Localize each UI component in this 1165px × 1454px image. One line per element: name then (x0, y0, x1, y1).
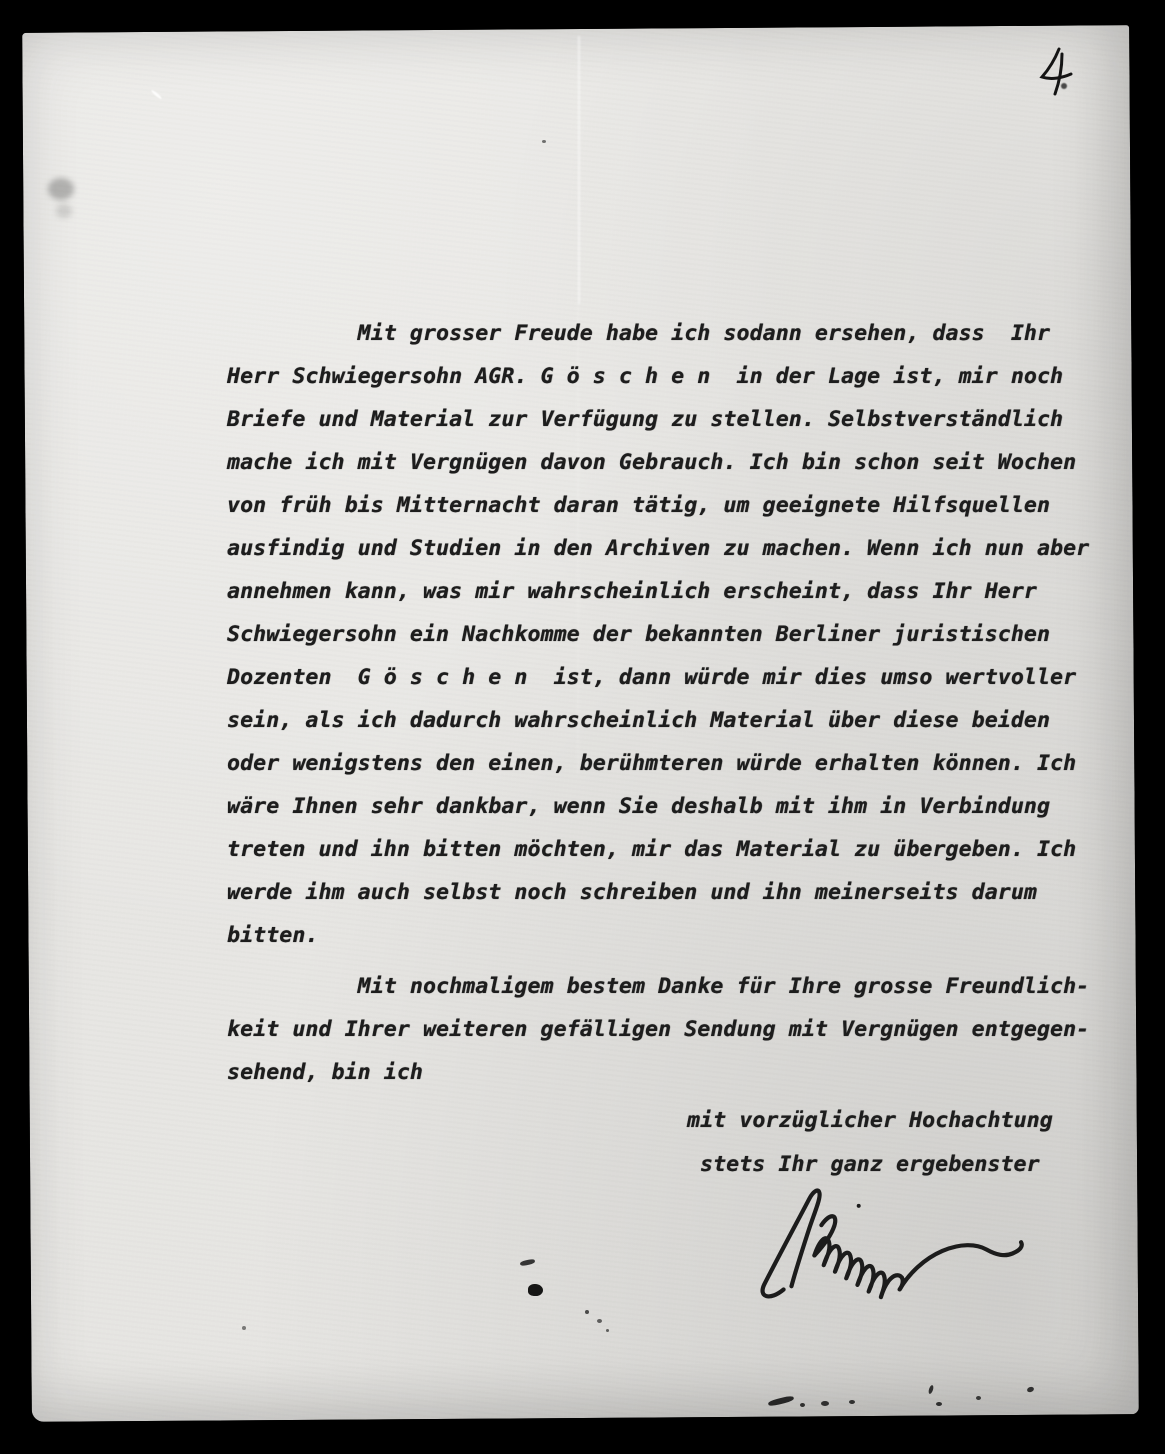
ink-speck (242, 1326, 246, 1330)
signature-strokes (750, 1176, 1074, 1307)
ink-speck (849, 1400, 855, 1404)
ink-speck (542, 140, 546, 143)
ink-speck (976, 1396, 981, 1400)
letter-line: Herr Schwiegersohn AGR. G ö s c h e n in… (227, 355, 1089, 398)
letter-line: Mit grosser Freude habe ich sodann erseh… (227, 312, 1089, 355)
letter-line: ausfindig und Studien in den Archiven zu… (227, 527, 1089, 570)
smudge (56, 204, 72, 218)
ink-blot (528, 1284, 543, 1296)
letter-paragraph-1: Mit grosser Freude habe ich sodann erseh… (227, 312, 1089, 957)
letter-line: Mit nochmaligem bestem Danke für Ihre gr… (227, 965, 1089, 1008)
letter-line: keit und Ihrer weiteren gefälligen Sendu… (227, 1008, 1089, 1051)
scanned-letter-page: Mit grosser Freude habe ich sodann erseh… (0, 0, 1165, 1454)
ink-speck (936, 1402, 942, 1406)
letter-line: sehend, bin ich (227, 1051, 1089, 1094)
letter-line: wäre Ihnen sehr dankbar, wenn Sie deshal… (227, 785, 1089, 828)
letter-line: Dozenten G ö s c h e n ist, dann würde m… (227, 656, 1089, 699)
letter-line: werde ihm auch selbst noch schreiben und… (227, 871, 1089, 914)
letter-line: sein, als ich dadurch wahrscheinlich Mat… (227, 699, 1089, 742)
letter-line: annehmen kann, was mir wahrscheinlich er… (227, 570, 1089, 613)
ink-speck (821, 1401, 829, 1406)
letter-line: von früh bis Mitternacht daran tätig, um… (227, 484, 1089, 527)
letter-line: bitten. (227, 914, 1089, 957)
page-number (1038, 44, 1078, 100)
letter-line: treten und ihn bitten möchten, mir das M… (227, 828, 1089, 871)
ink-speck (1061, 83, 1067, 89)
ink-speck (585, 1310, 589, 1314)
handwritten-signature (750, 1176, 1074, 1307)
letter-paragraph-2: Mit nochmaligem bestem Danke für Ihre gr… (227, 965, 1089, 1094)
ink-speck (606, 1329, 609, 1332)
letter-line: Schwiegersohn ein Nachkomme der bekannte… (227, 613, 1089, 656)
letter-line: oder wenigstens den einen, berühmteren w… (227, 742, 1089, 785)
ink-speck (597, 1319, 602, 1323)
letter-line: mache ich mit Vergnügen davon Gebrauch. … (227, 441, 1089, 484)
smudge (48, 178, 74, 200)
letter-line: Briefe und Material zur Verfügung zu ste… (227, 398, 1089, 441)
fold-crease (578, 36, 580, 304)
closing-salutation: mit vorzüglicher Hochachtung (687, 1099, 1053, 1142)
ink-speck (800, 1403, 805, 1407)
page-number-glyph (1038, 44, 1078, 100)
